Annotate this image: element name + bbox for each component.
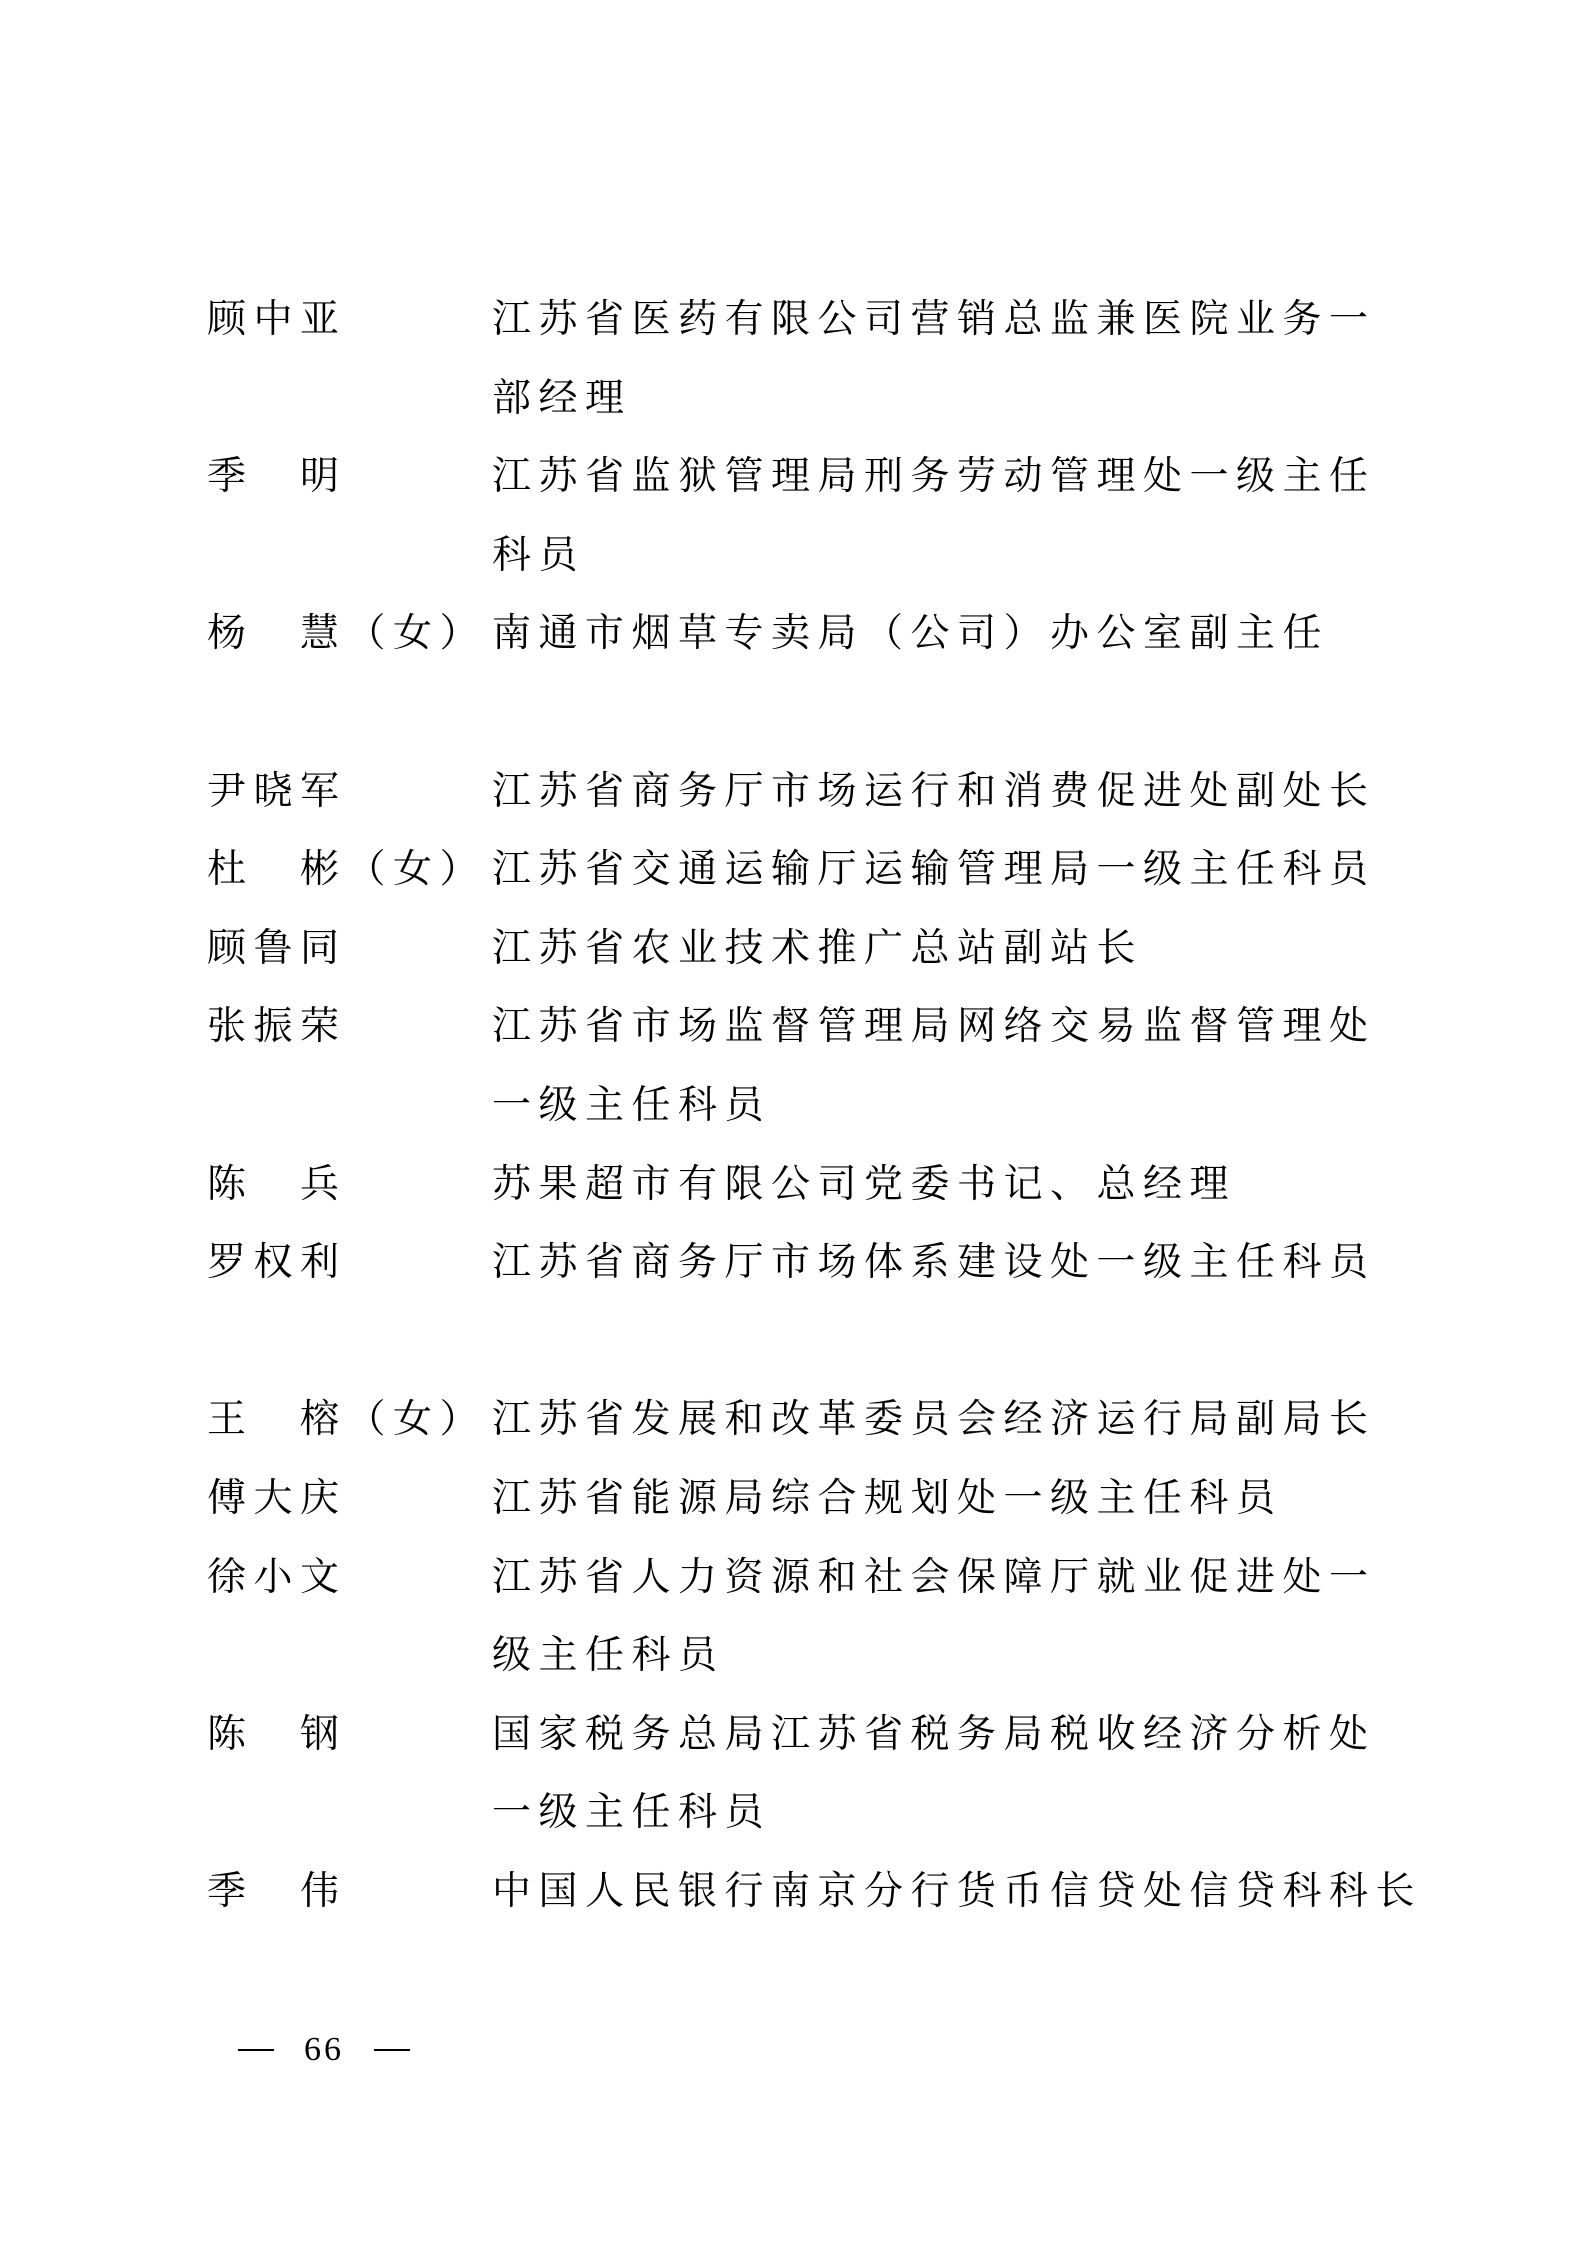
list-item: 陈 兵 苏果超市有限公司党委书记、总经理 (207, 1163, 1387, 1207)
person-title: 江苏省商务厅市场运行和消费促进处副处长 (492, 770, 1392, 814)
list-item: 顾中亚 江苏省医药有限公司营销总监兼医院业务一 (207, 298, 1387, 342)
page-number-dash-left (238, 2049, 274, 2051)
person-title: 部经理 (492, 377, 1392, 421)
person-title: 南通市烟草专卖局（公司）办公室副主任 (492, 612, 1392, 656)
person-name: 杨 慧（女） (207, 612, 492, 656)
person-title: 科员 (492, 534, 1392, 578)
page-number-dash-right (374, 2049, 410, 2051)
person-title: 江苏省监狱管理局刑务劳动管理处一级主任 (492, 455, 1392, 499)
list-item: 杜 彬（女） 江苏省交通运输厅运输管理局一级主任科员 (207, 848, 1387, 892)
list-item: 杨 慧（女） 南通市烟草专卖局（公司）办公室副主任 (207, 612, 1387, 656)
list-item-continuation: 部经理 (207, 377, 1387, 421)
person-name: 陈 兵 (207, 1163, 492, 1207)
list-item: 王 榕（女） 江苏省发展和改革委员会经济运行局副局长 (207, 1398, 1387, 1442)
list-item: 徐小文 江苏省人力资源和社会保障厅就业促进处一 (207, 1556, 1387, 1600)
page-number: 66 (238, 2030, 410, 2070)
person-title: 江苏省市场监督管理局网络交易监督管理处 (492, 1005, 1392, 1049)
list-item-continuation: 一级主任科员 (207, 1084, 1387, 1128)
person-title: 苏果超市有限公司党委书记、总经理 (492, 1163, 1392, 1207)
person-title: 江苏省交通运输厅运输管理局一级主任科员 (492, 848, 1392, 892)
document-page: 顾中亚 江苏省医药有限公司营销总监兼医院业务一 部经理 季 明 江苏省监狱管理局… (0, 0, 1587, 2245)
person-title: 江苏省医药有限公司营销总监兼医院业务一 (492, 298, 1392, 342)
list-item: 季 明 江苏省监狱管理局刑务劳动管理处一级主任 (207, 455, 1387, 499)
person-title: 江苏省人力资源和社会保障厅就业促进处一 (492, 1556, 1392, 1600)
person-title: 国家税务总局江苏省税务局税收经济分析处 (492, 1713, 1392, 1757)
person-name: 陈 钢 (207, 1713, 492, 1757)
person-name: 张振荣 (207, 1005, 492, 1049)
person-name: 季 伟 (207, 1870, 492, 1914)
page-number-value: 66 (304, 2031, 344, 2069)
person-name: 季 明 (207, 455, 492, 499)
list-item: 张振荣 江苏省市场监督管理局网络交易监督管理处 (207, 1005, 1387, 1049)
list-item: 陈 钢 国家税务总局江苏省税务局税收经济分析处 (207, 1713, 1387, 1757)
person-name: 顾鲁同 (207, 927, 492, 971)
person-name: 罗权利 (207, 1241, 492, 1285)
list-item: 季 伟 中国人民银行南京分行货币信贷处信贷科科长 (207, 1870, 1387, 1914)
person-name: 尹晓军 (207, 770, 492, 814)
person-name: 徐小文 (207, 1556, 492, 1600)
person-name: 杜 彬（女） (207, 848, 492, 892)
person-title: 江苏省农业技术推广总站副站长 (492, 927, 1392, 971)
person-title: 一级主任科员 (492, 1791, 1392, 1835)
person-title: 江苏省能源局综合规划处一级主任科员 (492, 1477, 1392, 1521)
person-name: 傅大庆 (207, 1477, 492, 1521)
person-name: 顾中亚 (207, 298, 492, 342)
list-item: 顾鲁同 江苏省农业技术推广总站副站长 (207, 927, 1387, 971)
person-title: 江苏省商务厅市场体系建设处一级主任科员 (492, 1241, 1392, 1285)
list-item-continuation: 一级主任科员 (207, 1791, 1387, 1835)
person-title: 中国人民银行南京分行货币信贷处信贷科科长 (492, 1870, 1392, 1914)
person-name: 王 榕（女） (207, 1398, 492, 1442)
list-item: 罗权利 江苏省商务厅市场体系建设处一级主任科员 (207, 1241, 1387, 1285)
person-title: 江苏省发展和改革委员会经济运行局副局长 (492, 1398, 1392, 1442)
list-item: 尹晓军 江苏省商务厅市场运行和消费促进处副处长 (207, 770, 1387, 814)
list-item: 傅大庆 江苏省能源局综合规划处一级主任科员 (207, 1477, 1387, 1521)
list-item-continuation: 科员 (207, 534, 1387, 578)
list-item-continuation: 级主任科员 (207, 1634, 1387, 1678)
person-title: 一级主任科员 (492, 1084, 1392, 1128)
person-title: 级主任科员 (492, 1634, 1392, 1678)
